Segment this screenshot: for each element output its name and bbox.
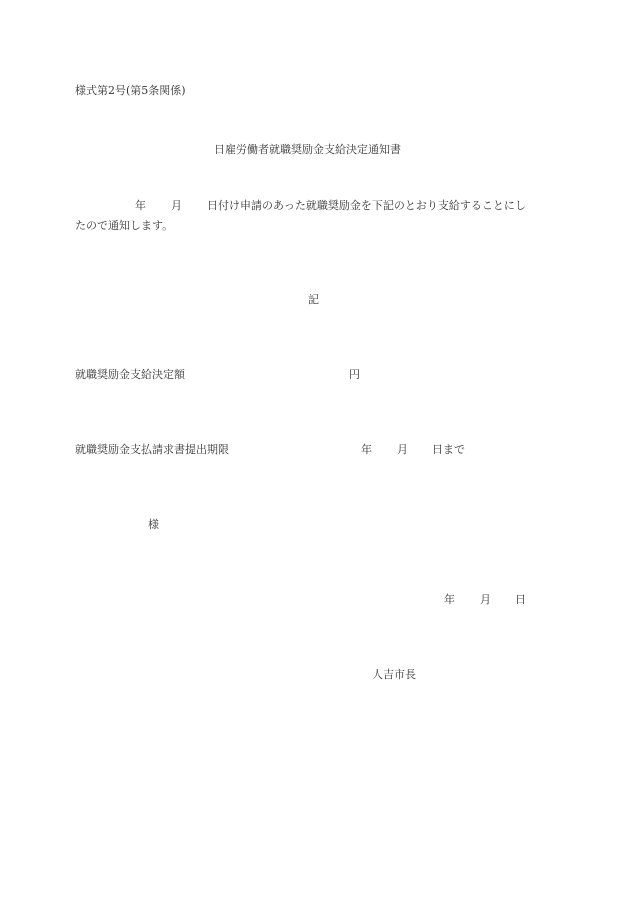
deadline-year-label: 年	[361, 443, 372, 457]
intro-continuation: たので通知します。	[75, 219, 173, 232]
deadline-month-label: 月	[397, 443, 408, 457]
ki-heading: 記	[308, 293, 319, 307]
intro-paragraph: 年月日付け申請のあった就職奨励金を下記のとおり支給することにし たので通知します…	[75, 196, 565, 236]
form-number: 様式第2号(第5条関係)	[75, 84, 186, 98]
issue-day-label: 日	[515, 593, 526, 607]
intro-month-label: 月	[171, 199, 182, 212]
deadline-label: 就職奨励金支払請求書提出期限	[75, 443, 229, 457]
issue-month-label: 月	[480, 593, 491, 607]
issuer-name: 人吉市長	[372, 668, 416, 682]
issue-year-label: 年	[444, 593, 455, 607]
amount-unit: 円	[349, 368, 360, 382]
intro-year-label: 年	[135, 199, 146, 212]
addressee-honorific: 様	[148, 518, 159, 532]
intro-text: 日付け申請のあった就職奨励金を下記のとおり支給することにし	[207, 199, 526, 212]
amount-label: 就職奨励金支給決定額	[75, 368, 185, 382]
deadline-day-label: 日まで	[432, 443, 465, 457]
document-title: 日雇労働者就職奨励金支給決定通知書	[214, 143, 401, 157]
